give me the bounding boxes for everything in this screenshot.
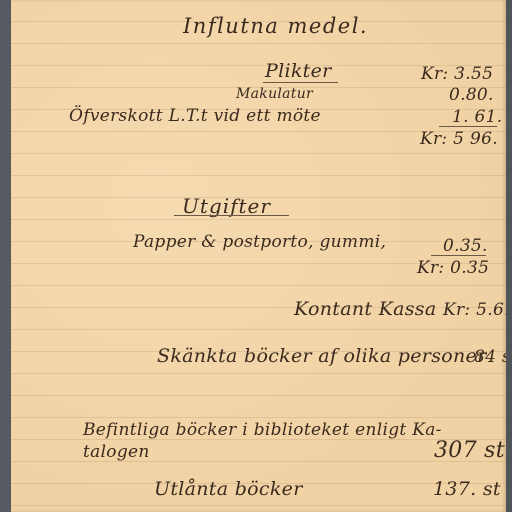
expenses-heading-underline xyxy=(174,215,289,216)
income-item-label: Öfverskott L.T.t vid ett möte xyxy=(69,106,321,126)
library-books-label-cont: talogen xyxy=(83,442,150,462)
library-books-label: Befintliga böcker i biblioteket enligt K… xyxy=(83,420,442,440)
expense-item-label: Papper & postporto, gummi, xyxy=(133,232,386,252)
income-item-amount: 1. 61. xyxy=(452,107,502,127)
expenses-total: Kr: 0.35 xyxy=(417,258,489,278)
lent-books-amount: 137. st xyxy=(433,478,501,500)
ledger-page: Influtna medel. Plikter Kr: 3.55 Makulat… xyxy=(11,0,506,512)
income-item-amount: Kr: 3.55 xyxy=(421,64,493,84)
lent-books-label: Utlånta böcker xyxy=(154,478,303,500)
expense-sum-line xyxy=(431,255,486,256)
income-heading: Influtna medel. xyxy=(183,14,368,38)
expense-item-amount: 0.35. xyxy=(443,236,488,256)
income-item-label: Plikter xyxy=(265,60,332,82)
right-edge-border xyxy=(506,0,512,512)
library-books-amount: 307 st. xyxy=(434,438,512,463)
donated-books-label: Skänkta böcker af olika personer xyxy=(157,345,486,367)
income-item-amount: 0.80. xyxy=(449,85,494,105)
cash-amount: Kr: 5.61. xyxy=(443,300,512,320)
income-total: Kr: 5 96. xyxy=(420,129,498,149)
income-item-label: Makulatur xyxy=(236,86,313,102)
income-sum-line xyxy=(439,126,497,127)
cash-label: Kontant Kassa xyxy=(294,298,437,320)
income-item-underline xyxy=(263,82,338,83)
